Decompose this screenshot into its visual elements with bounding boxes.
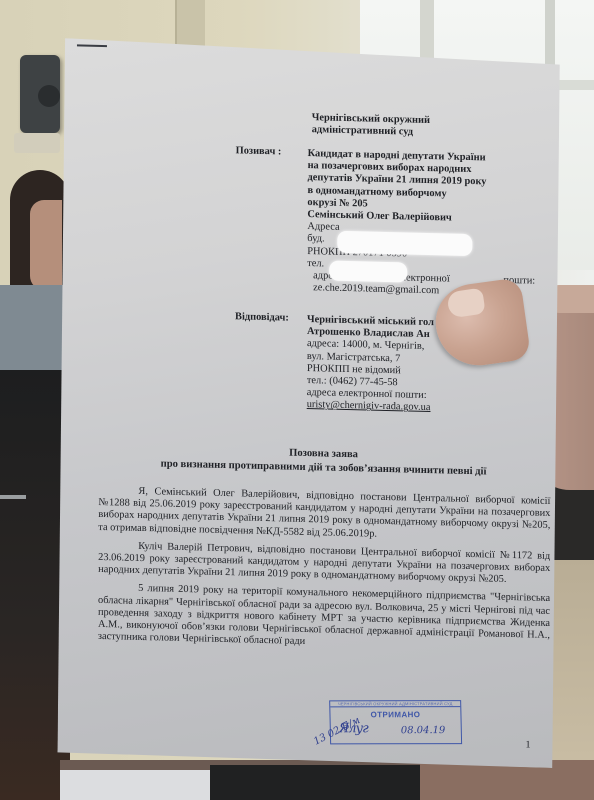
defendant-label: Відповідач:: [235, 311, 315, 325]
background-person-face: [30, 200, 62, 290]
wall-phone-mount: [14, 133, 60, 153]
background-person-body: [0, 285, 70, 375]
paragraph: 5 липня 2019 року на території комунальн…: [98, 582, 550, 654]
background-object: [210, 765, 420, 800]
paragraph: Я, Семінський Олег Валерійович, відповід…: [98, 485, 550, 545]
plaintiff-label: Позивач :: [236, 145, 316, 159]
page-number: 1: [526, 739, 531, 751]
wall-phone-dial: [38, 85, 60, 107]
stamp-header: ЧЕРНІГІВСЬКИЙ ОКРУЖНИЙ АДМІНІСТРАТИВНИЙ …: [330, 701, 460, 707]
stamp-date: 08.04.19: [401, 725, 446, 737]
document-content: Чернігівський окружний адміністративний …: [57, 38, 570, 768]
document-body: Я, Семінський Олег Валерійович, відповід…: [98, 485, 551, 660]
redaction-blob: [337, 231, 472, 256]
background-door-frame: [175, 0, 205, 50]
document-sheet: Чернігівський окружний адміністративний …: [57, 38, 570, 768]
document-title-block: Позовна заява про визнання протиправними…: [98, 443, 548, 480]
paragraph: Куліч Валерій Петрович, відповідно поста…: [98, 540, 550, 588]
background-light: [0, 495, 26, 499]
background-paper: [60, 770, 210, 800]
redaction-blob: [329, 261, 407, 283]
court-name: Чернігівський окружний адміністративний …: [312, 112, 532, 142]
